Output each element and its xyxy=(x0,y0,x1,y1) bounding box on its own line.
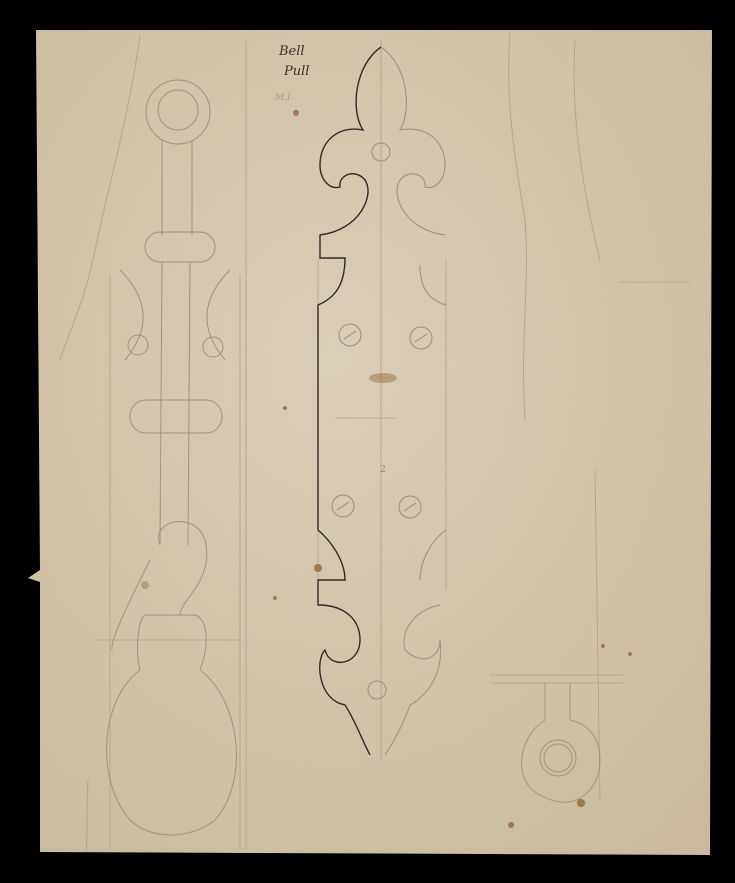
inscription-faint-mark: M.I. xyxy=(275,93,294,103)
annotation-2: 2 xyxy=(380,465,386,475)
inscription-pull: Pull xyxy=(284,64,309,79)
drawing-canvas: 2 xyxy=(0,0,735,883)
artwork-scan: 2 Bell Pull M.I. xyxy=(0,0,735,883)
inscription-bell: Bell xyxy=(279,44,305,59)
